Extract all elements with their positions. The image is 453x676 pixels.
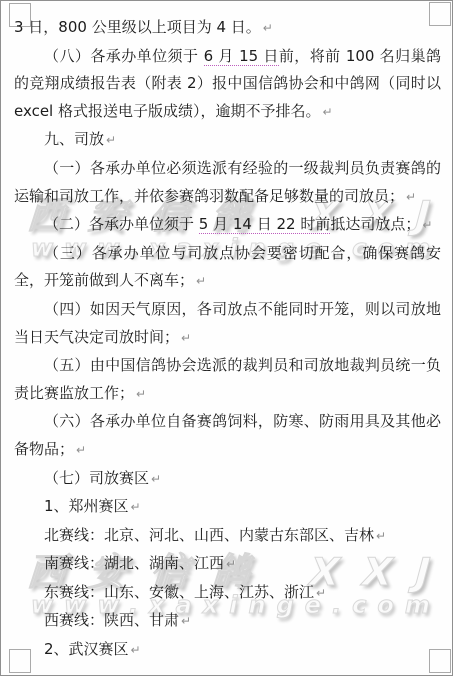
paragraph-text: 3 日，800 公里级以上项目为 4 日。 [14,18,261,36]
paragraph-mark-icon: ↵ [422,218,432,232]
paragraph: 2、武汉赛区↵ [14,636,441,665]
document-text[interactable]: 3 日，800 公里级以上项目为 4 日。↵ （八）各承办单位须于 6 月 15… [14,14,441,665]
paragraph-text: （三）各承办单位与司放点协会要密切配合，确保赛鸽安全，开笼前做到人不离车； [14,244,441,290]
paragraph: （三）各承办单位与司放点协会要密切配合，确保赛鸽安全，开笼前做到人不离车；↵ [14,240,441,296]
paragraph-text: （二）各承办单位须于 [44,215,199,233]
paragraph: （四）如因天气原因，各司放点不能同时开笼，则以司放地当日天气决定司放时间；↵ [14,296,441,352]
paragraph: 1、郑州赛区↵ [14,493,441,522]
paragraph-text: 2、武汉赛区 [44,640,129,658]
paragraph-mark-icon: ↵ [131,643,141,657]
paragraph-mark-icon: ↵ [316,586,326,600]
paragraph-mark-icon: ↵ [151,472,161,486]
paragraph-text: （五）由中国信鸽协会选派的裁判员和司放地裁判员统一负责比赛监放工作； [14,356,441,402]
paragraph-mark-icon: ↵ [106,133,116,147]
paragraph: 南赛线：湖北、湖南、江西↵ [14,550,441,579]
paragraph-text: 东赛线：山东、安徽、上海、江苏、浙江 [44,583,314,601]
paragraph-mark-icon: ↵ [376,529,386,543]
paragraph-mark-icon: ↵ [196,274,206,288]
paragraph-text: 南赛线：湖北、湖南、江西 [44,554,224,572]
paragraph-text: 西赛线：陕西、甘肃 [44,611,179,629]
document-page: 西安信鸽 XXJ www.xaxinge.com 西安信鸽 XXJ www.xa… [0,0,453,676]
paragraph: （二）各承办单位须于 5 月 14 日 22 时前抵达司放点；↵ [14,211,441,240]
paragraph: 东赛线：山东、安徽、上海、江苏、浙江↵ [14,579,441,608]
paragraph-text: 抵达司放点； [330,215,420,233]
paragraph-mark-icon: ↵ [136,387,146,401]
paragraph: （五）由中国信鸽协会选派的裁判员和司放地裁判员统一负责比赛监放工作；↵ [14,352,441,408]
paragraph-mark-icon: ↵ [76,443,86,457]
spellcheck-underlined-text: 5 月 14 日 22 时前 [199,215,331,234]
paragraph-mark-icon: ↵ [263,21,273,35]
paragraph: （七）司放赛区↵ [14,465,441,494]
spellcheck-underlined-text: 6 月 15 日 [204,47,279,66]
paragraph: （六）各承办单位自备赛鸽饲料，防寒、防雨用具及其他必备物品；↵ [14,408,441,464]
paragraph-text: 1、郑州赛区 [44,497,129,515]
paragraph-text: 北赛线：北京、河北、山西、内蒙古东部区、吉林 [44,526,374,544]
paragraph-mark-icon: ↵ [226,557,236,571]
paragraph: （一）各承办单位必须选派有经验的一级裁判员负责赛鸽的运输和司放工作，并依参赛鸽羽… [14,155,441,211]
paragraph-mark-icon: ↵ [181,331,191,345]
paragraph: 西赛线：陕西、甘肃↵ [14,607,441,636]
paragraph-text: （四）如因天气原因，各司放点不能同时开笼，则以司放地当日天气决定司放时间； [14,300,441,346]
paragraph-mark-icon: ↵ [406,190,416,204]
paragraph: （八）各承办单位须于 6 月 15 日前，将前 100 名归巢鸽的竞翔成绩报告表… [14,43,441,127]
paragraph-text: （八）各承办单位须于 [44,47,204,65]
paragraph-text: 九、司放 [44,130,104,148]
paragraph-text: （一）各承办单位必须选派有经验的一级裁判员负责赛鸽的运输和司放工作，并依参赛鸽羽… [14,159,441,205]
paragraph-mark-icon: ↵ [181,614,191,628]
paragraph: 九、司放↵ [14,126,441,155]
paragraph-text: （七）司放赛区 [44,469,149,487]
paragraph: 3 日，800 公里级以上项目为 4 日。↵ [14,14,441,43]
paragraph: 北赛线：北京、河北、山西、内蒙古东部区、吉林↵ [14,522,441,551]
paragraph-mark-icon: ↵ [323,105,333,119]
paragraph-mark-icon: ↵ [131,500,141,514]
